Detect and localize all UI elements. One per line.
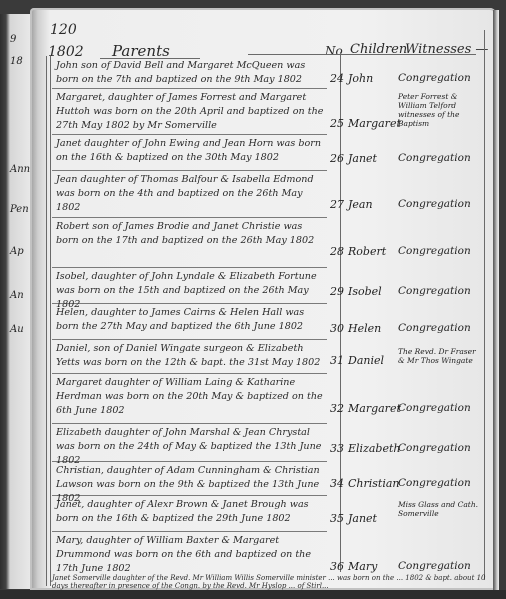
entry-number: 36: [330, 560, 344, 573]
margin-mark: Au: [10, 324, 24, 335]
register-entry: Margaret, daughter of James Forrest and …: [52, 89, 327, 135]
entry-witnesses: The Revd. Dr Fraser & Mr Thos Wingate: [398, 347, 483, 365]
book-bottom-edge: [0, 590, 506, 599]
entry-child: Isobel: [348, 285, 382, 298]
entry-witnesses: Congregation: [398, 322, 471, 334]
register-entry: Jean daughter of Thomas Balfour & Isabel…: [52, 171, 327, 218]
page-number: 120: [50, 22, 77, 38]
register-entry: Mary, daughter of William Baxter & Marga…: [52, 532, 327, 574]
register-entry: Helen, daughter to James Cairns & Helen …: [52, 304, 327, 340]
entry-number: 25: [330, 117, 344, 130]
entry-number: 35: [330, 512, 344, 525]
entry-child: Margaret: [348, 402, 401, 415]
entry-witnesses: Peter Forrest & William Telford witnesse…: [398, 92, 483, 128]
entry-witnesses: Miss Glass and Cath. Somerville: [398, 500, 483, 518]
margin-mark: 18: [10, 56, 23, 67]
footnote-entry: Janet Somerville daughter of the Revd. M…: [52, 574, 492, 590]
entry-child: Christian: [348, 477, 400, 490]
register-entry: Robert son of James Brodie and Janet Chr…: [52, 218, 327, 268]
page-binding: [493, 10, 499, 590]
register-entry: Isobel, daughter of John Lyndale & Eliza…: [52, 268, 327, 304]
entry-number: 24: [330, 72, 344, 85]
entry-witnesses: Congregation: [398, 477, 471, 489]
entry-child: Jean: [348, 198, 373, 211]
margin-mark: Ap: [10, 246, 24, 257]
entry-number: 29: [330, 285, 344, 298]
register-entry: Janet, daughter of Alexr Brown & Janet B…: [52, 496, 327, 532]
entry-number: 28: [330, 245, 344, 258]
margin-mark: Ann: [10, 164, 30, 175]
entry-number: 27: [330, 198, 344, 211]
entry-child: Robert: [348, 245, 386, 258]
register-entry: Janet daughter of John Ewing and Jean Ho…: [52, 135, 327, 171]
entry-child: Helen: [348, 322, 381, 335]
entry-witnesses: Congregation: [398, 442, 471, 454]
entry-child: Margaret: [348, 117, 401, 130]
entry-child: Mary: [348, 560, 377, 573]
entry-child: Daniel: [348, 354, 384, 367]
register-entry: Elizabeth daughter of John Marshal & Jea…: [52, 424, 327, 462]
entry-number: 30: [330, 322, 344, 335]
entry-witnesses: Congregation: [398, 560, 471, 572]
register-entry: Margaret daughter of William Laing & Kat…: [52, 374, 327, 424]
margin-mark: Pen: [10, 204, 29, 215]
entry-witnesses: Congregation: [398, 198, 471, 210]
register-entry: Christian, daughter of Adam Cunningham &…: [52, 462, 327, 496]
column-rule-no: [340, 52, 341, 572]
entry-number: 34: [330, 477, 344, 490]
entry-number: 26: [330, 152, 344, 165]
entry-witnesses: Congregation: [398, 72, 471, 84]
column-rule-left: [46, 56, 47, 586]
entry-child: Janet: [348, 152, 377, 165]
margin-mark: An: [10, 290, 24, 301]
entry-witnesses: Congregation: [398, 402, 471, 414]
entry-number: 31: [330, 354, 344, 367]
entry-witnesses: Congregation: [398, 152, 471, 164]
entry-number: 32: [330, 402, 344, 415]
column-rule-right: [484, 30, 485, 580]
entry-witnesses: Congregation: [398, 245, 471, 257]
margin-mark: 9: [10, 34, 16, 45]
entry-witnesses: Congregation: [398, 285, 471, 297]
register-entry: John son of David Bell and Margaret McQu…: [52, 57, 327, 89]
entry-child: Janet: [348, 512, 377, 525]
entry-child: Elizabeth: [348, 442, 400, 455]
column-rule-left-inner: [50, 56, 51, 586]
header-rule: [248, 54, 476, 55]
entry-child: John: [348, 72, 373, 85]
entry-number: 33: [330, 442, 344, 455]
register-entry: Daniel, son of Daniel Wingate surgeon & …: [52, 340, 327, 374]
